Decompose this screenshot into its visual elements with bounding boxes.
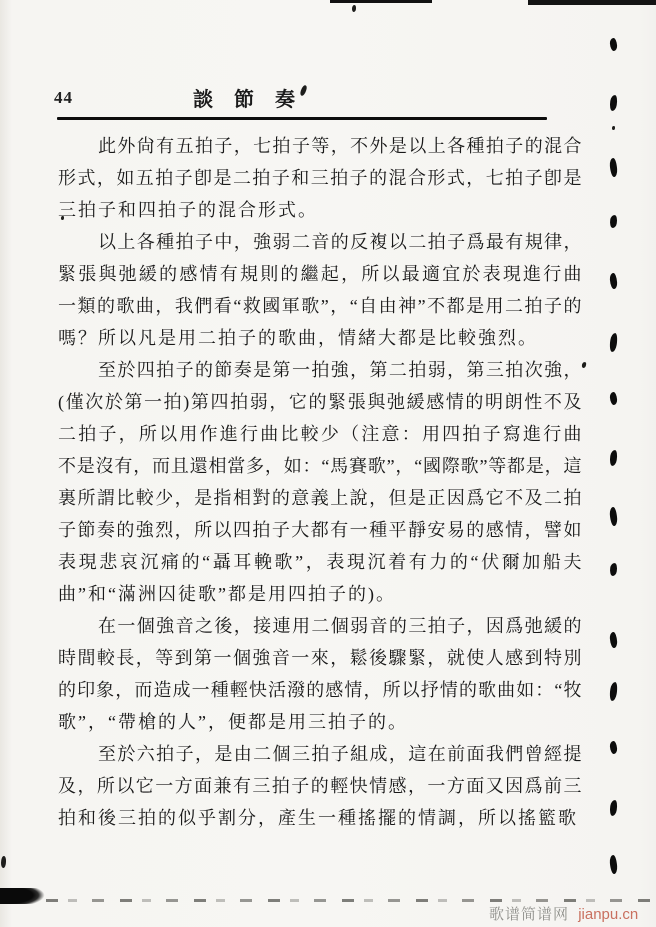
watermark-site-name: 歌谱简谱网 [489,906,569,923]
watermark: 歌谱简谱网 jianpu.cn [489,903,638,924]
binding-stain [609,450,618,467]
scan-bottom-edge-line [46,899,656,902]
text-line: 一類的歌曲，我們看“救國軍歌”，“自由神”不都是用二拍子的 [58,290,582,322]
page-title: 談節奏 [193,83,316,112]
header-rule [57,117,547,120]
text-line: 表現悲哀沉痛的“聶耳輓歌”，表現沉着有力的“伏爾加船夫 [58,546,582,578]
text-line: 緊張與弛緩的感情有規則的繼起，所以最適宜於表現進行曲 [58,258,582,290]
binding-stain [610,392,618,405]
text-line: 曲”和“滿洲囚徒歌”都是用四拍子的)。 [58,578,582,610]
text-line: 子節奏的強烈，所以四拍子大都有一種平靜安易的感情，譬如 [58,514,582,546]
text-line: 及，所以它一方面兼有三拍子的輕快情感，一方面又因爲前三 [58,770,582,802]
text-line: 形式，如五拍子卽是二拍子和三拍子的混合形式，七拍子卽是 [58,162,582,194]
binding-stain [610,38,618,51]
text-line: 歌”，“帶槍的人”，便都是用三拍子的。 [58,706,582,738]
page-number: 44 [54,88,73,108]
text-line: 至於四拍子的節奏是第一拍強，第二拍弱，第三拍次強， [58,354,582,386]
binding-stain [609,158,617,177]
ink-speck [612,126,615,130]
binding-stain [609,563,618,577]
binding-stain [609,273,617,289]
binding-stain [609,800,618,817]
text-line: 以上各種拍子中，強弱二音的反複以二拍子爲最有規律， [58,226,582,258]
text-line: 此外尙有五拍子，七拍子等，不外是以上各種拍子的混合 [58,130,582,162]
ink-speck [352,5,356,12]
scanned-book-page: 44 談節奏 此外尙有五拍子，七拍子等，不外是以上各種拍子的混合形式，如五拍子卽… [0,0,656,927]
text-line: 的印象，而造成一種輕快活潑的感情，所以抒情的歌曲如：“牧 [58,674,582,706]
text-line: (僅次於第一拍)第四拍弱，它的緊張與弛緩感情的明朗性不及 [58,386,582,418]
text-line: 拍和後三拍的似乎割分，產生一種搖擺的情調，所以搖籃歌 [58,802,582,834]
binding-stain [609,215,618,229]
text-line: 裏所謂比較少，是指相對的意義上說，但是正因爲它不及二拍 [58,482,582,514]
text-line: 嗎？所以凡是用二拍子的歌曲，情緒大都是比較強烈。 [58,322,582,354]
page-body: 此外尙有五拍子，七拍子等，不外是以上各種拍子的混合形式，如五拍子卽是二拍子和三拍… [58,130,582,834]
binding-stain [609,682,619,702]
binding-stain [610,741,618,754]
binding-stain [609,507,617,526]
binding-stain [609,855,617,874]
binding-stain [609,333,619,353]
text-line: 在一個強音之後，接連用二個弱音的三拍子，因爲弛緩的 [58,610,582,642]
text-line: 不是沒有，而且還相當多，如：“馬賽歌”，“國際歌”等都是，這 [58,450,582,482]
ink-speck [582,362,587,369]
scan-edge-bar [528,0,656,5]
watermark-site-url: jianpu.cn [578,906,638,923]
text-line: 時間較長，等到第一個強音一來，鬆後驟緊，就使人感到特別 [58,642,582,674]
scan-edge-bar [330,0,432,3]
text-line: 二拍子，所以用作進行曲比較少（注意：用四拍子寫進行曲 [58,418,582,450]
binding-stain [609,95,618,112]
text-line: 至於六拍子，是由二個三拍子組成，這在前面我們曾經提 [58,738,582,770]
text-line: 三拍子和四拍子的混合形式。 [58,194,582,226]
binding-stain [609,632,617,648]
ink-speck [1,856,6,868]
